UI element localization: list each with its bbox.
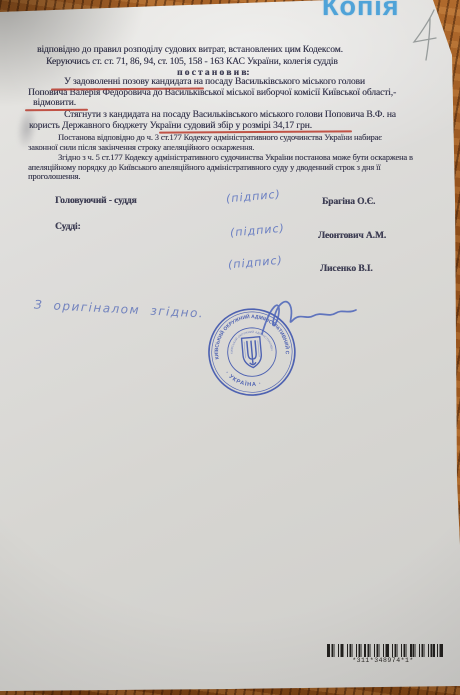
body-line: користь Державного бюджету України судов… [29,121,312,131]
pencil-mark [408,8,448,63]
body-line: проголошення. [28,172,80,181]
body-line: У задоволенні позову кандидата на посаду… [64,77,365,87]
judges-label: Судді: [55,222,81,232]
judge-name: Лисенко В.І. [320,264,373,274]
body-line: Стягнути з кандидата на посаду Васильків… [64,110,396,120]
svg-text:· УКРАЇНА ·: · УКРАЇНА · [223,367,263,390]
barcode-number: *311*348974*1* [327,657,439,664]
body-line: апеляційному порядку до Київського апеля… [28,163,381,172]
judge-name: Леонтович А.М. [318,231,386,241]
body-line: Постанова відповідно до ч. 3 ст.177 Коде… [58,133,382,142]
body-line: законної сили після закінчення строку ап… [28,143,254,152]
document-photo: Копія відповідно до правил розподілу суд… [0,0,460,695]
copy-stamp: Копія [322,0,400,22]
trident-icon [247,341,257,365]
body-line: відповідно до правил розподілу судових в… [37,45,343,55]
judge-name: Брагіна О.Є. [322,197,375,207]
barcode [327,644,443,657]
body-line: Керуючись ст. ст. 71, 86, 94, ст. 105, 1… [46,57,338,67]
body-line: Згідно з ч. 5 ст.177 Кодексу адміністрат… [58,153,413,162]
signature-scribble [258,292,363,347]
body-line: відмовити. [33,98,76,108]
presiding-judge-label: Головуючий - суддя [55,196,137,206]
stamp-country-text: · УКРАЇНА · [223,367,263,390]
